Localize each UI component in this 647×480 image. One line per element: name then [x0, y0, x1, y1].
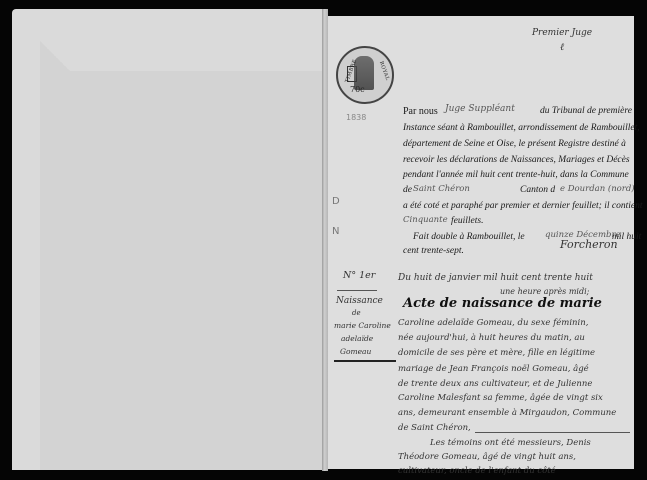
header-line5: pendant l'année mil huit cent trente-hui… [403, 170, 629, 180]
header-signature: Forcheron [560, 238, 618, 251]
margin-name-1: marie Caroline [334, 321, 391, 330]
header-line7: a été coté et paraphé par premier et der… [403, 201, 642, 211]
act-heading: Acte de naissance de marie [403, 296, 602, 311]
header-line8-end: feuillets. [451, 216, 483, 226]
margin-name-2: adelaïde [341, 334, 373, 343]
margin-mark-n: N [332, 226, 339, 237]
margin-title: Naissance [336, 296, 383, 306]
act-line: ans, demeurant ensemble à Mirgaudon, Com… [398, 408, 616, 418]
header-line1-start: Par nous [403, 106, 438, 117]
top-paraph: ℓ [560, 42, 564, 53]
margin-act-number: N° 1er [343, 270, 375, 281]
left-page-inner-shadow [40, 71, 325, 470]
stamp-right-text: ROYAL [378, 60, 391, 81]
left-page-blank [12, 9, 325, 470]
pencil-year: 1838 [346, 113, 366, 122]
top-signature: Premier Juge [532, 28, 592, 38]
header-line4: recevoir les déclarations de Naissances,… [403, 155, 630, 165]
header-line1-end: du Tribunal de première [540, 106, 632, 116]
act-line: de Saint Chéron, [398, 423, 471, 433]
act-line: domicile de ses père et mère, fille en l… [398, 348, 595, 358]
header-line10: cent trente-sept. [403, 246, 464, 256]
margin-name-3: Gomeau [340, 347, 371, 356]
header-feuillets-count: Cinquante [403, 215, 448, 225]
act-line: Les témoins ont été messieurs, Denis [430, 438, 591, 448]
header-line3: département de Seine et Oise, le présent… [403, 139, 626, 149]
stamp-value: 70c [350, 85, 365, 94]
header-line1-hand: Juge Suppléant [445, 104, 515, 114]
act-fill-line [475, 432, 630, 433]
act-line: de trente deux ans cultivateur, et de Ju… [398, 379, 592, 389]
act-line: Caroline Malesfant sa femme, âgée de vin… [398, 393, 603, 403]
margin-mark-d: D [332, 196, 340, 207]
margin-of: de [352, 309, 361, 317]
act-line: mariage de Jean François noël Gomeau, âg… [398, 364, 589, 374]
act-line: une heure après midi; [500, 287, 589, 296]
header-line6-mid: Canton d [520, 185, 555, 195]
act-line: Du huit de janvier mil huit cent trente … [398, 273, 593, 283]
act-line: cultivateur, oncle de l'enfant du côté [398, 466, 556, 476]
act-line: Caroline adelaïde Gomeau, du sexe fémini… [398, 318, 588, 328]
margin-rule [337, 290, 377, 291]
header-line9-start: Fait double à Rambouillet, le [413, 232, 525, 242]
header-line2: Instance séant à Rambouillet, arrondisse… [403, 123, 640, 133]
header-line6-start: de [403, 185, 412, 195]
header-canton: e Dourdan (nord) [560, 184, 635, 194]
act-line: née aujourd'hui, à huit heures du matin,… [398, 333, 585, 343]
royal-stamp-seal: TIMBRE ROYAL 70c [336, 46, 394, 104]
act-line: Théodore Gomeau, âgé de vingt huit ans, [398, 452, 576, 462]
header-commune: Saint Chéron [413, 184, 470, 194]
margin-bottom-rule [334, 360, 396, 362]
